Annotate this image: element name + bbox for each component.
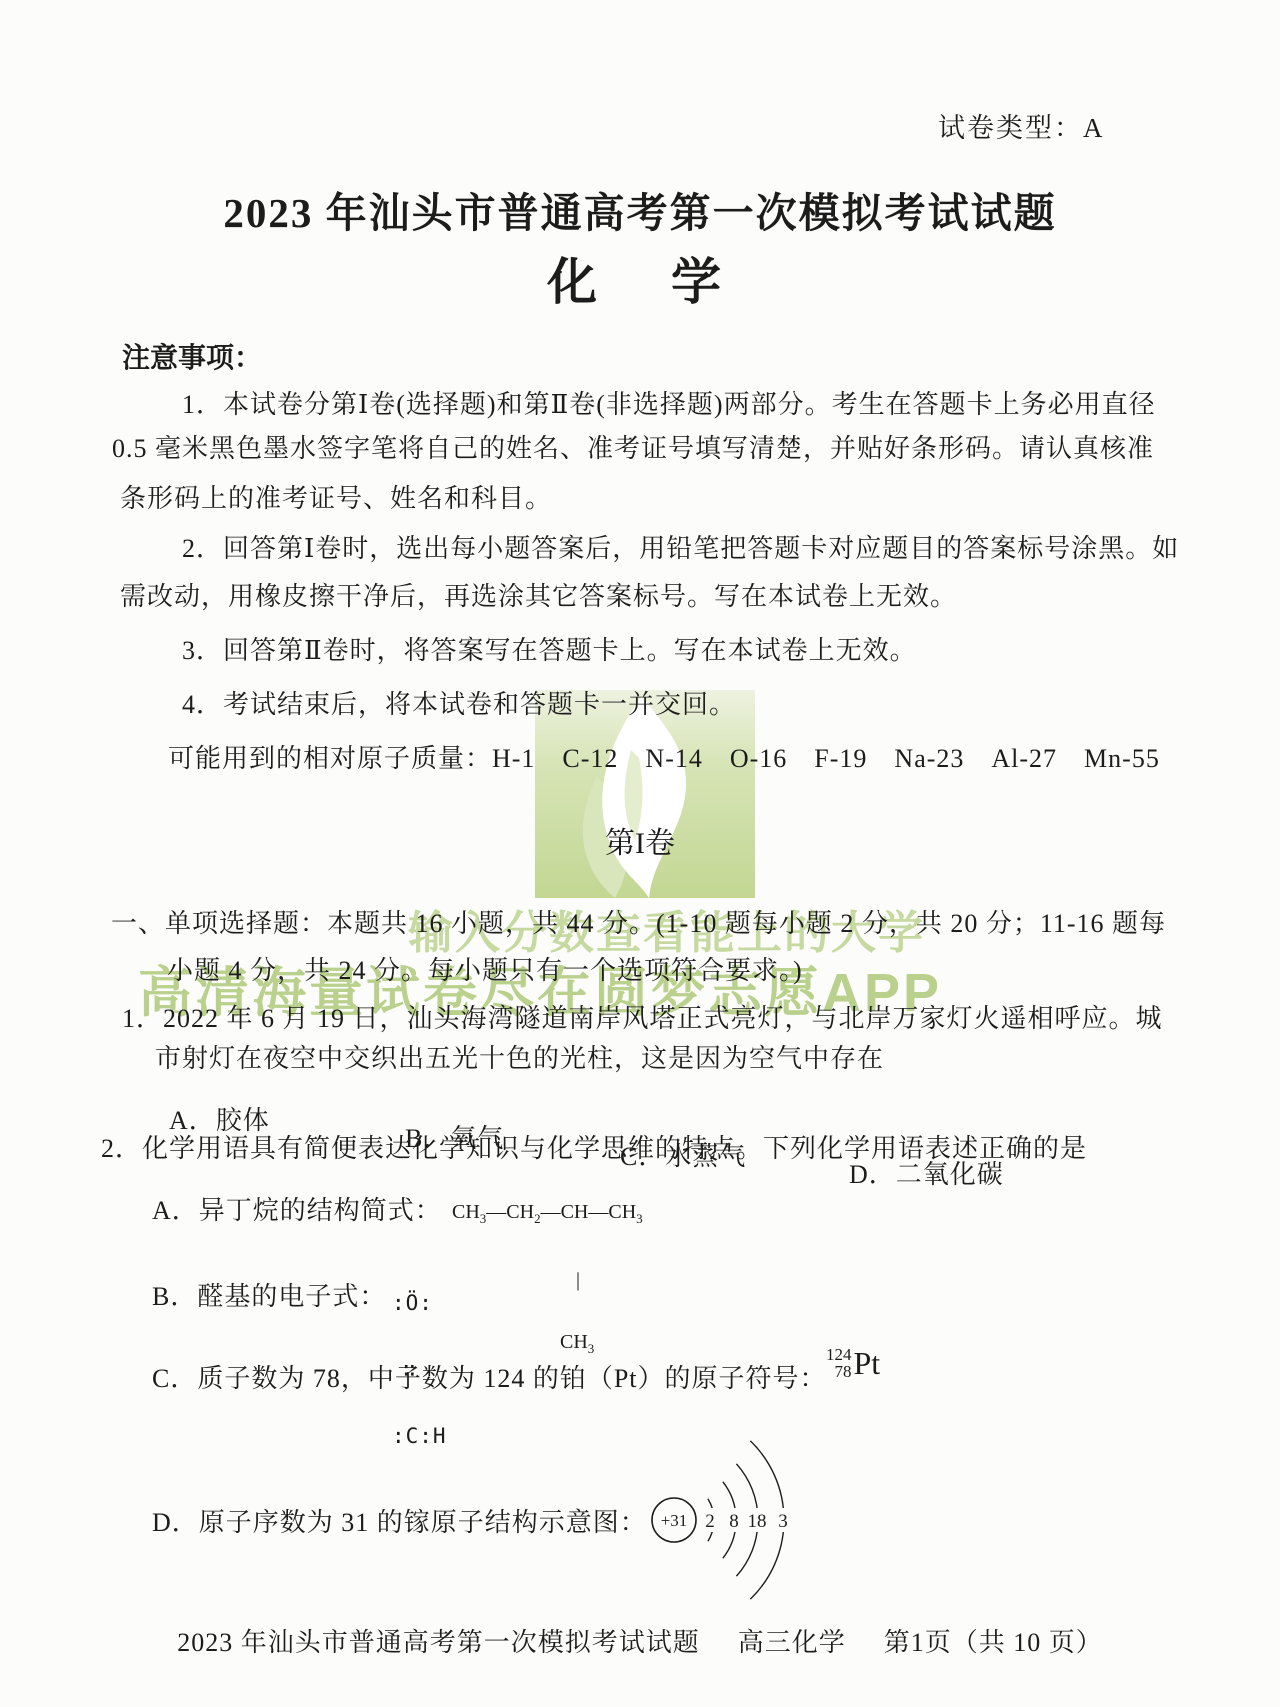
chain-part-2: —CH [486,1201,534,1223]
paper-type-label: 试卷类型：A [938,106,1105,145]
watermark-logo-square [535,690,755,898]
section-1-intro-line-2: 小题 4 分，共 24 分。每小题只有一个选项符合要求。) [167,950,803,987]
notice-4: 4．考试结束后，将本试卷和答题卡一并交回。 [182,684,736,721]
notice-2-line-2: 需改动，用橡皮擦干净后，再选涂其它答案标号。写在本试卷上无效。 [120,576,957,613]
structural-formula-branch-bond: | [452,1271,643,1289]
chain-part-1: CH [452,1201,480,1223]
notice-1-line-1: 1．本试卷分第Ⅰ卷(选择题)和第Ⅱ卷(非选择题)两部分。考生在答题卡上务必用直径 [182,384,1156,421]
footer-page-number: 第1页（共 10 页） [884,1622,1103,1659]
footer-exam-title: 2023 年汕头市普通高考第一次模拟考试试题 [177,1622,700,1659]
question-2-option-a-label: A．异丁烷的结构简式： [152,1190,442,1227]
notice-2-line-1: 2．回答第Ⅰ卷时，选出每小题答案后，用铅笔把答题卡对应题目的答案标号涂黑。如 [182,528,1179,565]
chain-part-3: —CH—CH [541,1201,637,1223]
structural-formula-chain: CH3—CH2—CH—CH3 [452,1202,643,1229]
isotope-proton-number: 78 [835,1363,852,1380]
gallium-atom-structure-diagram: +31 2 8 18 3 [634,1440,844,1610]
exam-paper-page: 输入分数查看能上的大学 高清海量试卷尽在圆梦志愿APP 试卷类型：A 2023 … [0,0,1280,1707]
section-1-heading: 第I卷 [0,818,1280,862]
notice-1-line-2: 0.5 毫米黑色墨水签字笔将自己的姓名、准考证号填写清楚，并贴好条形码。请认真核… [112,428,1154,465]
question-2-option-d-label: D．原子序数为 31 的镓原子结构示意图： [152,1502,647,1539]
lewis-row-oxygen: :Ö: [392,1292,447,1315]
platinum-isotope-symbol: 124 78 Pt [826,1346,880,1380]
lewis-row-carbon-hydrogen: :C:H [392,1425,447,1448]
leaf-logo-icon [535,690,755,898]
nucleus-charge-label: +31 [661,1511,688,1530]
atomic-masses-line: 可能用到的相对原子质量：H-1 C-12 N-14 O-16 F-19 Na-2… [168,738,1160,775]
section-1-intro-line-1: 一、单项选择题：本题共 16 小题，共 44 分。(1-10 题每小题 2 分，… [111,903,1166,940]
subject-title: 化 学 [0,242,1280,314]
branch-sub: 3 [588,1341,595,1356]
isotope-element-symbol: Pt [854,1347,881,1379]
isotope-numbers: 124 78 [826,1346,852,1380]
question-1-line-1: 1．2022 年 6 月 19 日，汕头海湾隧道南岸风塔正式亮灯，与北岸万家灯火… [122,998,1163,1035]
shell-3-electron-count: 18 [748,1511,767,1532]
footer-subject: 高三化学 [738,1622,846,1659]
shell-2-electron-count: 8 [729,1511,739,1532]
shell-1-electron-count: 2 [705,1511,715,1532]
chain-sub-3: 3 [636,1211,643,1226]
page-footer: 2023 年汕头市普通高考第一次模拟考试试题 高三化学 第1页（共 10 页） [0,1622,1280,1659]
branch-group: CH [560,1331,588,1353]
question-2-option-c-label: C．质子数为 78，中子数为 124 的铂（Pt）的原子符号： [152,1358,827,1395]
exam-title: 2023 年汕头市普通高考第一次模拟考试试题 [0,180,1280,239]
question-2-option-b-label: B．醛基的电子式： [152,1276,386,1313]
structural-formula-branch: CH3 [452,1331,643,1360]
notices-heading: 注意事项： [122,336,262,376]
question-1-options-row: A．胶体 B．氧气 C．水蒸气 D．二氧化碳 [0,1082,1280,1116]
isotope-mass-number: 124 [826,1346,852,1363]
notice-3: 3．回答第Ⅱ卷时，将答案写在答题卡上。写在本试卷上无效。 [182,630,917,667]
shell-4-electron-count: 3 [778,1511,788,1532]
notice-1-line-3: 条形码上的准考证号、姓名和科目。 [120,478,552,515]
question-1-line-2: 市射灯在夜空中交织出五光十色的光柱，这是因为空气中存在 [155,1038,884,1075]
